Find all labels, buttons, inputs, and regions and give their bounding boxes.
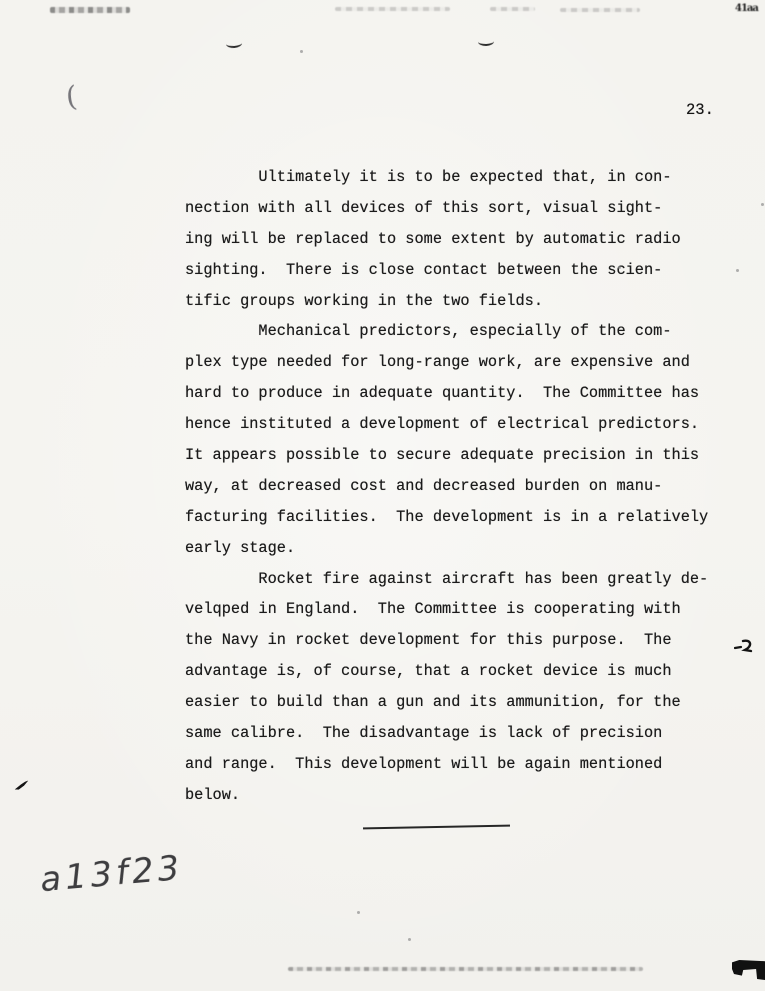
typed-line: and range. This development will be agai… bbox=[185, 749, 745, 780]
scan-smudge-top-center bbox=[335, 7, 450, 11]
typed-line: advantage is, of course, that a rocket d… bbox=[185, 656, 745, 687]
typed-line: Rocket fire against aircraft has been gr… bbox=[185, 564, 745, 595]
typed-line: facturing facilities. The development is… bbox=[185, 502, 745, 533]
typed-line: ing will be replaced to some extent by a… bbox=[185, 224, 745, 255]
scan-smudge-top-right bbox=[560, 8, 640, 12]
stray-paren-mark: ( bbox=[64, 80, 78, 114]
paper-speck bbox=[736, 269, 739, 272]
paper-speck bbox=[618, 266, 621, 269]
typed-line: nection with all devices of this sort, v… bbox=[185, 193, 745, 224]
handwritten-note: a13f23 bbox=[39, 848, 185, 900]
page-number: 23. bbox=[686, 101, 714, 119]
typed-line: hence instituted a development of electr… bbox=[185, 409, 745, 440]
typed-line: early stage. bbox=[185, 533, 745, 564]
paper-speck bbox=[408, 938, 411, 941]
scan-smudge-bottom bbox=[288, 967, 643, 971]
typed-line: below. bbox=[185, 780, 745, 811]
stray-check-mark bbox=[226, 38, 243, 48]
typed-line: Mechanical predictors, especially of the… bbox=[185, 316, 745, 347]
paper-speck bbox=[300, 50, 303, 53]
typed-line: Ultimately it is to be expected that, in… bbox=[185, 162, 745, 193]
ink-blot-mark bbox=[15, 780, 29, 791]
typed-line: easier to build than a gun and its ammun… bbox=[185, 687, 745, 718]
scan-smudge-top-center bbox=[490, 7, 535, 11]
scan-smudge-top-left bbox=[50, 7, 130, 13]
paper-speck bbox=[357, 911, 360, 914]
typed-line: It appears possible to secure adequate p… bbox=[185, 440, 745, 471]
typed-line: sighting. There is close contact between… bbox=[185, 255, 745, 286]
section-divider-rule bbox=[363, 825, 510, 830]
stray-check-mark bbox=[478, 37, 494, 47]
typed-line: way, at decreased cost and decreased bur… bbox=[185, 471, 745, 502]
typed-line: plex type needed for long-range work, ar… bbox=[185, 347, 745, 378]
scan-corner-blob bbox=[732, 960, 765, 980]
typed-line: velqped in England. The Committee is coo… bbox=[185, 594, 745, 625]
typed-line: tific groups working in the two fields. bbox=[185, 286, 745, 317]
scanned-document-page: 41aa ( 23. Ultimately it is to be expect… bbox=[0, 0, 765, 991]
margin-squiggle-mark bbox=[734, 638, 758, 656]
typed-text-block: Ultimately it is to be expected that, in… bbox=[185, 162, 745, 811]
scan-corner-text: 41aa bbox=[735, 3, 758, 14]
typed-line: hard to produce in adequate quantity. Th… bbox=[185, 378, 745, 409]
typed-line: the Navy in rocket development for this … bbox=[185, 625, 745, 656]
paper-speck bbox=[761, 203, 764, 206]
typed-line: same calibre. The disadvantage is lack o… bbox=[185, 718, 745, 749]
